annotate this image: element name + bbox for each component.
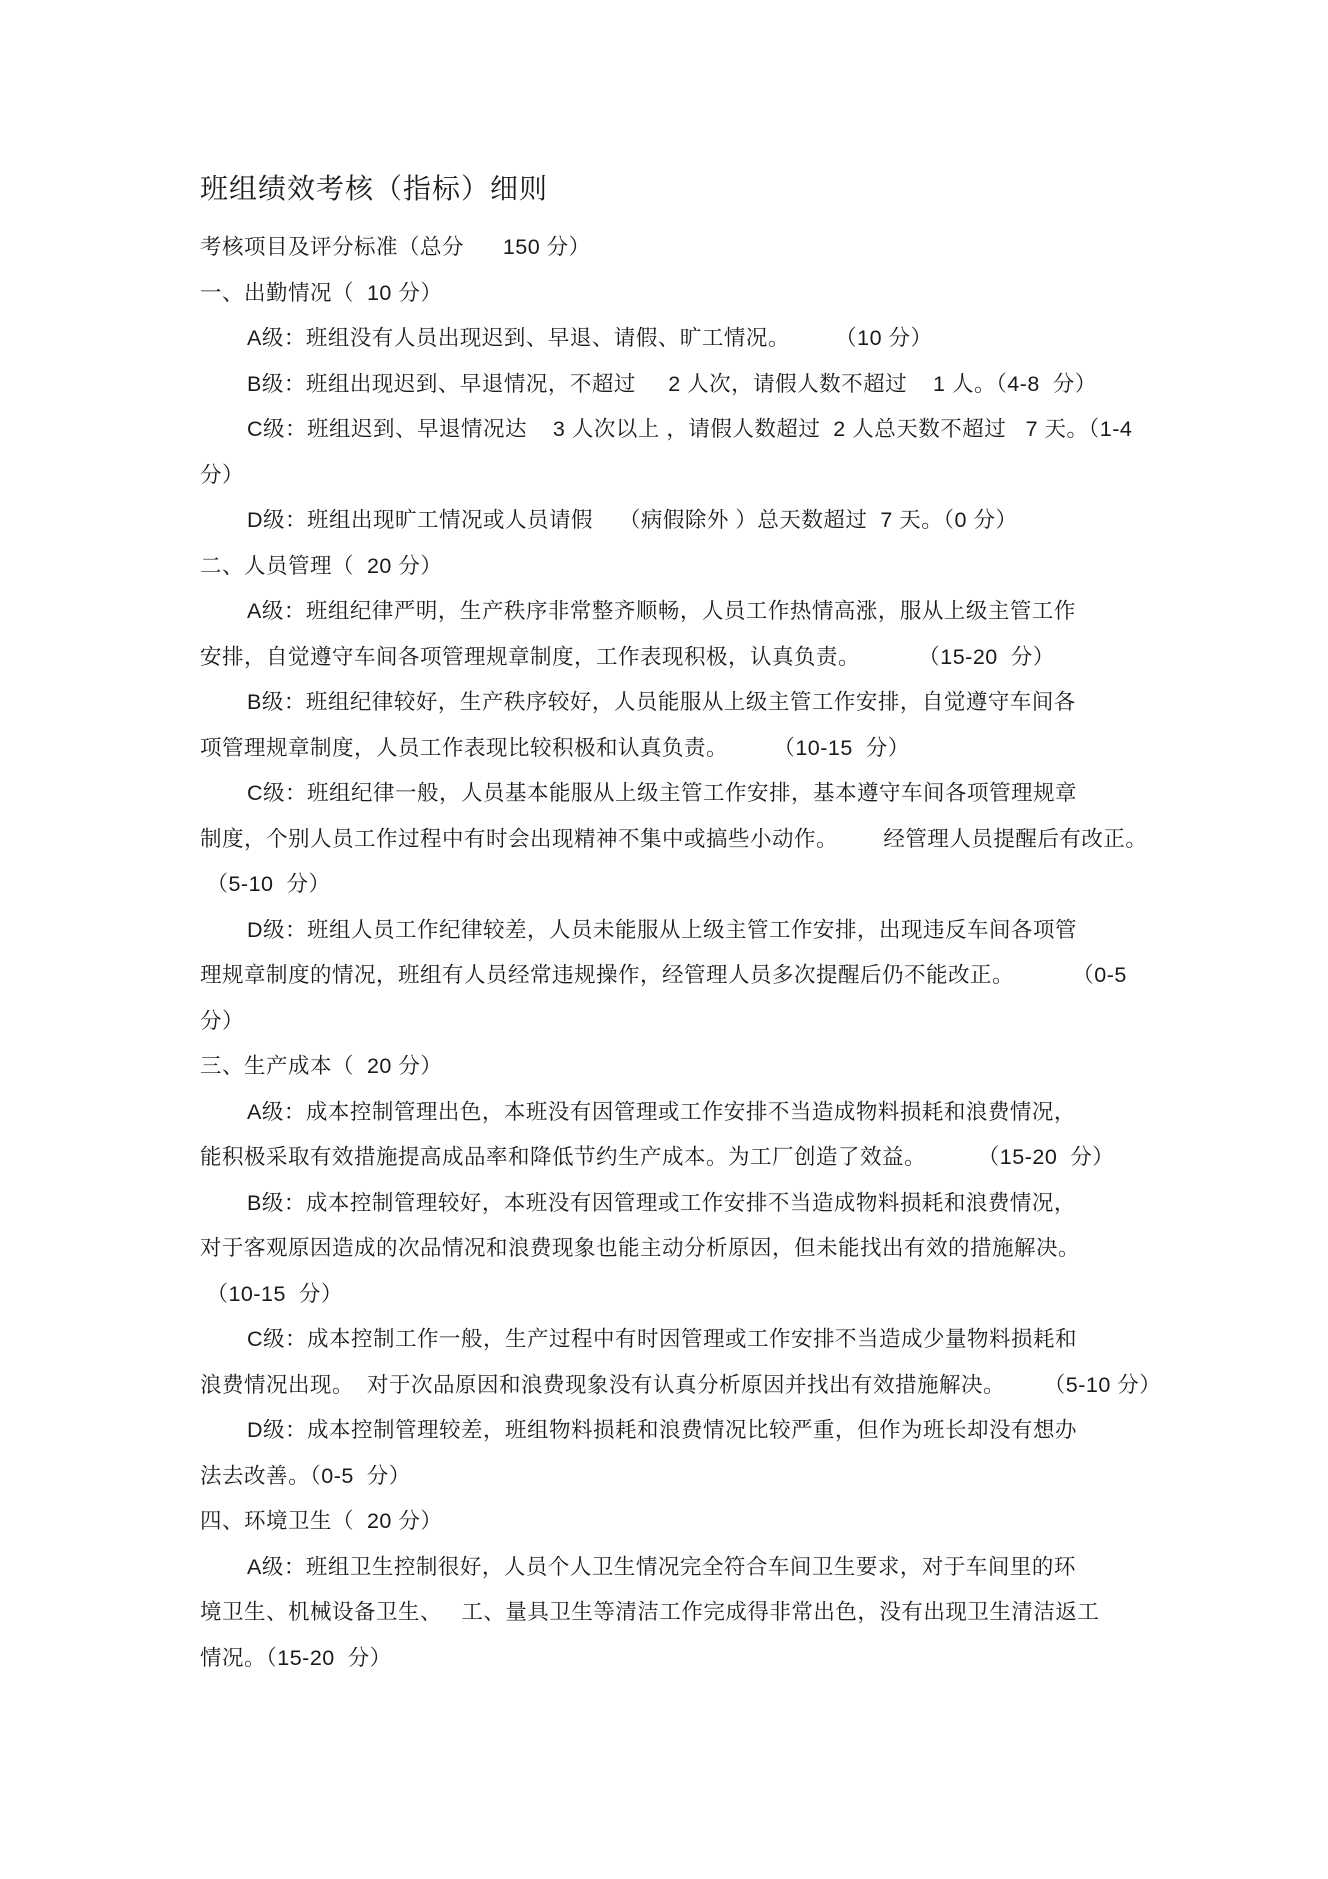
document-page: 班组绩效考核（指标）细则 考核项目及评分标准（总分 150 分）一、出勤情况（ … [0, 0, 1328, 1879]
document-line: 分） [200, 999, 1208, 1045]
document-line: 浪费情况出现。 对于次品原因和浪费现象没有认真分析原因并找出有效措施解决。 （5… [200, 1363, 1208, 1409]
document-line: 境卫生、机械设备卫生、 工、量具卫生等清洁工作完成得非常出色，没有出现卫生清洁返… [200, 1590, 1208, 1636]
document-line: 安排，自觉遵守车间各项管理规章制度，工作表现积极，认真负责。 （15-20 分） [200, 635, 1208, 681]
document-line: C级：成本控制工作一般，生产过程中有时因管理或工作安排不当造成少量物料损耗和 [200, 1317, 1208, 1363]
document-line: 理规章制度的情况，班组有人员经常违规操作，经管理人员多次提醒后仍不能改正。 （0… [200, 953, 1208, 999]
document-line: 分） [200, 453, 1208, 499]
document-line: （10-15 分） [200, 1272, 1208, 1318]
document-line: 能积极采取有效措施提高成品率和降低节约生产成本。为工厂创造了效益。 （15-20… [200, 1135, 1208, 1181]
document-line: B级：成本控制管理较好，本班没有因管理或工作安排不当造成物料损耗和浪费情况， [200, 1181, 1208, 1227]
document-line: A级：班组纪律严明，生产秩序非常整齐顺畅，人员工作热情高涨，服从上级主管工作 [200, 589, 1208, 635]
document-line: 四、环境卫生（ 20 分） [200, 1499, 1208, 1545]
document-line: 三、生产成本（ 20 分） [200, 1044, 1208, 1090]
document-line: 情况。（15-20 分） [200, 1636, 1208, 1682]
document-line: 对于客观原因造成的次品情况和浪费现象也能主动分析原因，但未能找出有效的措施解决。 [200, 1226, 1208, 1272]
document-line: （5-10 分） [200, 862, 1208, 908]
document-line: B级：班组纪律较好，生产秩序较好，人员能服从上级主管工作安排，自觉遵守车间各 [200, 680, 1208, 726]
document-title: 班组绩效考核（指标）细则 [200, 163, 1208, 215]
document-body: 考核项目及评分标准（总分 150 分）一、出勤情况（ 10 分）A级：班组没有人… [200, 225, 1208, 1681]
document-line: D级：成本控制管理较差，班组物料损耗和浪费情况比较严重，但作为班长却没有想办 [200, 1408, 1208, 1454]
document-line: A级：班组没有人员出现迟到、早退、请假、旷工情况。 （10 分） [200, 316, 1208, 362]
document-line: C级：班组迟到、早退情况达 3 人次以上 ，请假人数超过 2 人总天数不超过 7… [200, 407, 1208, 453]
document-line: D级：班组人员工作纪律较差，人员未能服从上级主管工作安排，出现违反车间各项管 [200, 908, 1208, 954]
document-line: B级：班组出现迟到、早退情况，不超过 2 人次，请假人数不超过 1 人。（4-8… [200, 362, 1208, 408]
document-line: A级：班组卫生控制很好，人员个人卫生情况完全符合车间卫生要求，对于车间里的环 [200, 1545, 1208, 1591]
document-line: 考核项目及评分标准（总分 150 分） [200, 225, 1208, 271]
document-line: C级：班组纪律一般，人员基本能服从上级主管工作安排，基本遵守车间各项管理规章 [200, 771, 1208, 817]
document-line: 一、出勤情况（ 10 分） [200, 271, 1208, 317]
document-line: 法去改善。（0-5 分） [200, 1454, 1208, 1500]
document-line: A级：成本控制管理出色，本班没有因管理或工作安排不当造成物料损耗和浪费情况， [200, 1090, 1208, 1136]
document-line: 二、人员管理（ 20 分） [200, 544, 1208, 590]
document-line: 项管理规章制度，人员工作表现比较积极和认真负责。 （10-15 分） [200, 726, 1208, 772]
document-line: D级：班组出现旷工情况或人员请假 （病假除外 ）总天数超过 7 天。（0 分） [200, 498, 1208, 544]
document-line: 制度，个别人员工作过程中有时会出现精神不集中或搞些小动作。 经管理人员提醒后有改… [200, 817, 1208, 863]
